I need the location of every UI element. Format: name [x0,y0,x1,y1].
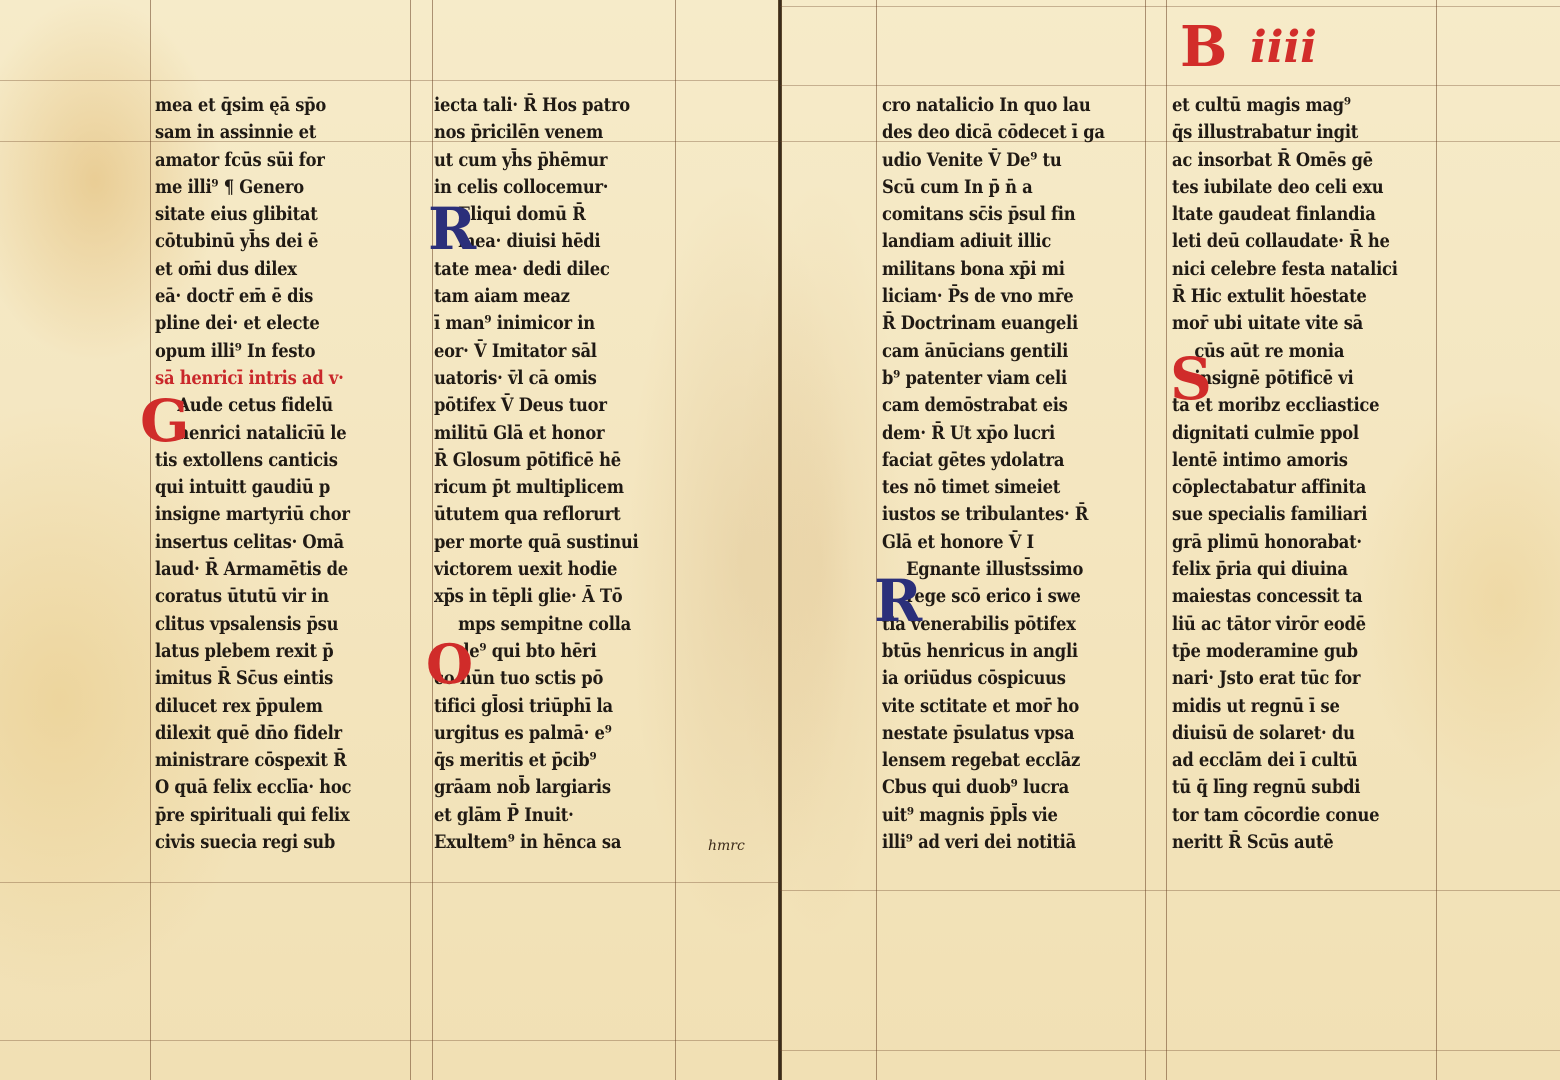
text-line: pōtifex V̄ Deus tuor [434,392,659,419]
text-line: sam in assinnie et [155,119,380,146]
text-line: cro natalicio In quo lau [882,92,1107,119]
text-line: landiam adiuit illic [882,228,1107,255]
text-line: grā plimū honorabat· [1172,529,1397,556]
text-line: liciam· P̄s de vno mr̄e [882,283,1107,310]
text-line: sue specialis familiari [1172,501,1397,528]
text-line: iustos se tribulantes· R̄ [882,501,1107,528]
text-line: midis ut regnū ī se [1172,693,1397,720]
text-line: tifici gl̄osi triūphī la [434,693,659,720]
text-line: ad ecclām dei ī cultū [1172,747,1397,774]
text-line: des deo dicā cōdecet ī ga [882,119,1107,146]
text-line: felix p̄ria qui diuina [1172,556,1397,583]
text-line: sitate eius glibitat [155,201,380,228]
text-line: btūs henricus in angli [882,638,1107,665]
text-line: coratus ūtutū vir in [155,583,380,610]
text-line: lensem regebat ecclāz [882,747,1107,774]
text-line: per morte quā sustinui [434,529,659,556]
text-line: me illi⁹ ¶ Genero [155,174,380,201]
column-3: cro natalicio In quo lau des deo dicā cō… [882,92,1144,856]
text-line: nos p̄ricilēn venem [434,119,659,146]
catchword: hmrc [708,838,745,854]
ruling-line [780,1050,1560,1051]
text-line: tam aiam meaz [434,283,659,310]
text-line: pline dei· et electe [155,310,380,337]
ruling-line [1166,0,1167,1080]
text-line: eā· doctr̄ em̄ ē dis [155,283,380,310]
text-line: uit⁹ magnis p̄pl̄s vie [882,802,1107,829]
text-line: iecta tali· R̄ Hos patro [434,92,659,119]
text-line: mea et q̄sim ęā sp̄o [155,92,380,119]
ruling-line [150,0,151,1080]
text-line: illi⁹ ad veri dei notitiā [882,829,1107,856]
text-line: ministrare cōspexit R̄ [155,747,380,774]
text-line: p̄re spirituali qui felix [155,802,380,829]
column-4: et cultū magis mag⁹ q̄s illustrabatur in… [1172,92,1434,856]
text-line: civis suecia regi sub [155,829,380,856]
text-line: laud· R̄ Armamētis de [155,556,380,583]
text-line: ia oriūdus cōspicuus [882,665,1107,692]
ruling-line [432,0,433,1080]
text-line: latus plebem rexit p̄ [155,638,380,665]
initial-S: S [1170,350,1212,408]
text-line: ltate gaudeat finlandia [1172,201,1397,228]
text-line: q̄s meritis et p̄cib⁹ [434,747,659,774]
text-line: qui intuitt gaudiū p [155,474,380,501]
text-line: leti deū collaudate· R̄ he [1172,228,1397,255]
ruling-line [1436,0,1437,1080]
text-line: cam demōstrabat eis [882,392,1107,419]
text-line: dilexit quē dn̄o fidelr [155,720,380,747]
text-line: opum illi⁹ In festo [155,338,380,365]
initial-G: G [140,392,190,450]
text-line: R̄ Hic extulit hōestate [1172,283,1397,310]
text-line: tor tam cōcordie conue [1172,802,1397,829]
ruling-line [1145,0,1146,1080]
text-line: insertus celitas· Omā [155,529,380,556]
text-line: grāam nob̄ largiaris [434,774,659,801]
text-line: ūtutem qua reflorurt [434,501,659,528]
text-line: clitus vpsalensis p̄su [155,611,380,638]
text-line: cam ānūcians gentili [882,338,1107,365]
ruling-line [780,890,1560,891]
text-line: tes nō timet simeiet [882,474,1107,501]
ruling-line [0,80,780,81]
text-line: cōplectabatur affinita [1172,474,1397,501]
text-line: diuisū de solaret· du [1172,720,1397,747]
text-line: eor· V̄ Imitator sāl [434,338,659,365]
text-line: dignitati culmīe ppol [1172,420,1397,447]
initial-R: R [428,200,476,258]
text-line: R̄ Glosum pōtificē hē [434,447,659,474]
text-line: dilucet rex p̄pulem [155,693,380,720]
text-line: Scū cum In p̄ n̄ a [882,174,1107,201]
text-line: tes iubilate deo celi exu [1172,174,1397,201]
text-line: b⁹ patenter viam celi [882,365,1107,392]
text-line: nici celebre festa natalicia [1172,256,1397,283]
text-line: victorem uexit hodie [434,556,659,583]
text-line: et glām P̄ Inuit· [434,802,659,829]
ruling-line [780,85,1560,86]
column-1: mea et q̄sim ęā sp̄o sam in assinnie et … [155,92,417,856]
ruling-line [876,0,877,1080]
text-line: neritt R̄ Scūs autē [1172,829,1397,856]
text-line: mor̄ ubi uitate vite sā [1172,310,1397,337]
text-line: imitus R̄ Sc̄us eintis [155,665,380,692]
ruling-line [0,1040,780,1041]
folio-letter: B [1180,14,1227,80]
text-line: et om̄i dus dilex [155,256,380,283]
text-line: uatoris· v̄l cā omis [434,365,659,392]
text-line: ac insorbat R̄ Omēs gē [1172,147,1397,174]
ruling-line [780,6,1560,7]
left-page: mea et q̄sim ęā sp̄o sam in assinnie et … [0,0,780,1080]
text-line: ut cum yh̄s p̄hēmur [434,147,659,174]
text-line: urgitus es palmā· e⁹ [434,720,659,747]
text-line: comitans sc̄is p̄sul fin [882,201,1107,228]
text-line: R̄ Doctrinam euangeli [882,310,1107,337]
folio-number: iiii [1250,22,1317,73]
ruling-line [0,882,780,883]
text-line: tū q̄ līng regnū subdi [1172,774,1397,801]
text-line: xp̄s in tēpli glie· Ā Tō [434,583,659,610]
text-line: dem· R̄ Ut xp̄o lucri [882,420,1107,447]
text-line: nari· Jsto erat tūc for [1172,665,1397,692]
text-line: O quā felix ecclīa· hoc [155,774,380,801]
text-line: faciat gētes ydolatra [882,447,1107,474]
text-line: Exultem⁹ in hēnca sa [434,829,659,856]
text-line: udio Venite V̄ De⁹ tu [882,147,1107,174]
text-line: maiestas concessit ta [1172,583,1397,610]
text-line: militū Glā et honor [434,420,659,447]
text-line: q̄s illustrabatur ingit [1172,119,1397,146]
text-line: tp̄e moderamine gub [1172,638,1397,665]
text-line: amator fcūs sūi for [155,147,380,174]
text-line: lentē intimo amoris [1172,447,1397,474]
text-line: ī man⁹ inimicor in [434,310,659,337]
text-line: liū ac tātor virōr eodē [1172,611,1397,638]
text-line: insigne martyriū chor [155,501,380,528]
text-line: Cbus qui duob⁹ lucra [882,774,1107,801]
text-line: cōtubinū yh̄s dei ē [155,228,380,255]
manuscript-spread: mea et q̄sim ęā sp̄o sam in assinnie et … [0,0,1560,1080]
text-line: vite sctitate et mor̄ ho [882,693,1107,720]
right-page: B iiii cro natalicio In quo lau des deo … [780,0,1560,1080]
text-line: Glā et honore V̄ I [882,529,1107,556]
text-line: et cultū magis mag⁹ [1172,92,1397,119]
text-line: ricum p̄t multiplicem [434,474,659,501]
initial-O: O [426,637,473,691]
initial-R: R [874,572,922,630]
text-line: nestate p̄sulatus vpsa [882,720,1107,747]
text-line: militans bona xp̄i mi [882,256,1107,283]
